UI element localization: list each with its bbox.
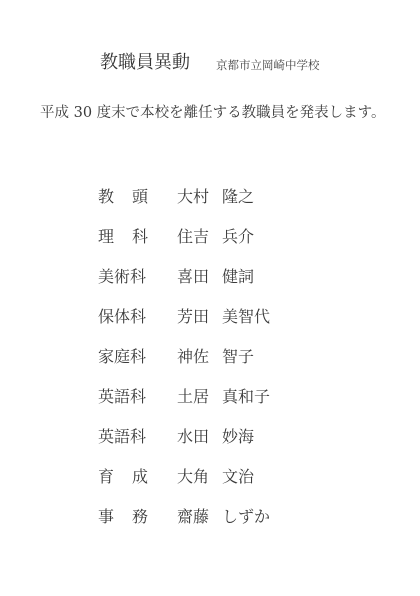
given-name: 真和子 <box>222 387 302 407</box>
department-char: 理 <box>98 227 114 247</box>
surname: 齋藤 <box>177 507 222 527</box>
department-char: 育 <box>98 467 114 487</box>
given-name: 文治 <box>222 467 302 487</box>
staff-row: 理 科 住吉 兵介 <box>98 217 302 257</box>
department: 英語科 <box>98 427 177 447</box>
staff-row: 家庭科 神佐 智子 <box>98 337 302 377</box>
staff-row: 教 頭 大村 隆之 <box>98 177 302 217</box>
document-page: 教職員異動 京都市立岡崎中学校 平成 30 度末で本校を離任する教職員を発表しま… <box>0 0 420 596</box>
department: 理 科 <box>98 227 148 247</box>
department: 家庭科 <box>98 347 177 367</box>
school-name: 京都市立岡崎中学校 <box>216 57 320 73</box>
surname: 大村 <box>177 187 222 207</box>
staff-row: 美術科 喜田 健詞 <box>98 257 302 297</box>
staff-row: 育 成 大角 文治 <box>98 457 302 497</box>
surname: 土居 <box>177 387 222 407</box>
document-title: 教職員異動 <box>100 52 190 74</box>
given-name: 兵介 <box>222 227 302 247</box>
surname: 神佐 <box>177 347 222 367</box>
given-name: 隆之 <box>222 187 302 207</box>
department: 育 成 <box>98 467 148 487</box>
given-name: しずか <box>222 507 302 527</box>
department: 英語科 <box>98 387 177 407</box>
department: 保体科 <box>98 307 177 327</box>
surname: 芳田 <box>177 307 222 327</box>
department: 事 務 <box>98 507 148 527</box>
staff-row: 事 務 齋藤 しずか <box>98 497 302 537</box>
staff-row: 英語科 水田 妙海 <box>98 417 302 457</box>
staff-list: 教 頭 大村 隆之 理 科 住吉 兵介 美術科 喜田 健詞 保体科 芳田 美智代… <box>98 177 302 537</box>
department-char: 務 <box>132 507 148 527</box>
department-char: 成 <box>132 467 148 487</box>
given-name: 妙海 <box>222 427 302 447</box>
given-name: 智子 <box>222 347 302 367</box>
surname: 喜田 <box>177 267 222 287</box>
staff-row: 英語科 土居 真和子 <box>98 377 302 417</box>
department: 教 頭 <box>98 187 148 207</box>
staff-row: 保体科 芳田 美智代 <box>98 297 302 337</box>
surname: 大角 <box>177 467 222 487</box>
department-char: 事 <box>98 507 114 527</box>
surname: 水田 <box>177 427 222 447</box>
surname: 住吉 <box>177 227 222 247</box>
department-char: 教 <box>98 187 114 207</box>
given-name: 美智代 <box>222 307 302 327</box>
department: 美術科 <box>98 267 177 287</box>
intro-text: 平成 30 度末で本校を離任する教職員を発表します。 <box>40 103 380 123</box>
given-name: 健詞 <box>222 267 302 287</box>
department-char: 科 <box>132 227 148 247</box>
department-char: 頭 <box>132 187 148 207</box>
